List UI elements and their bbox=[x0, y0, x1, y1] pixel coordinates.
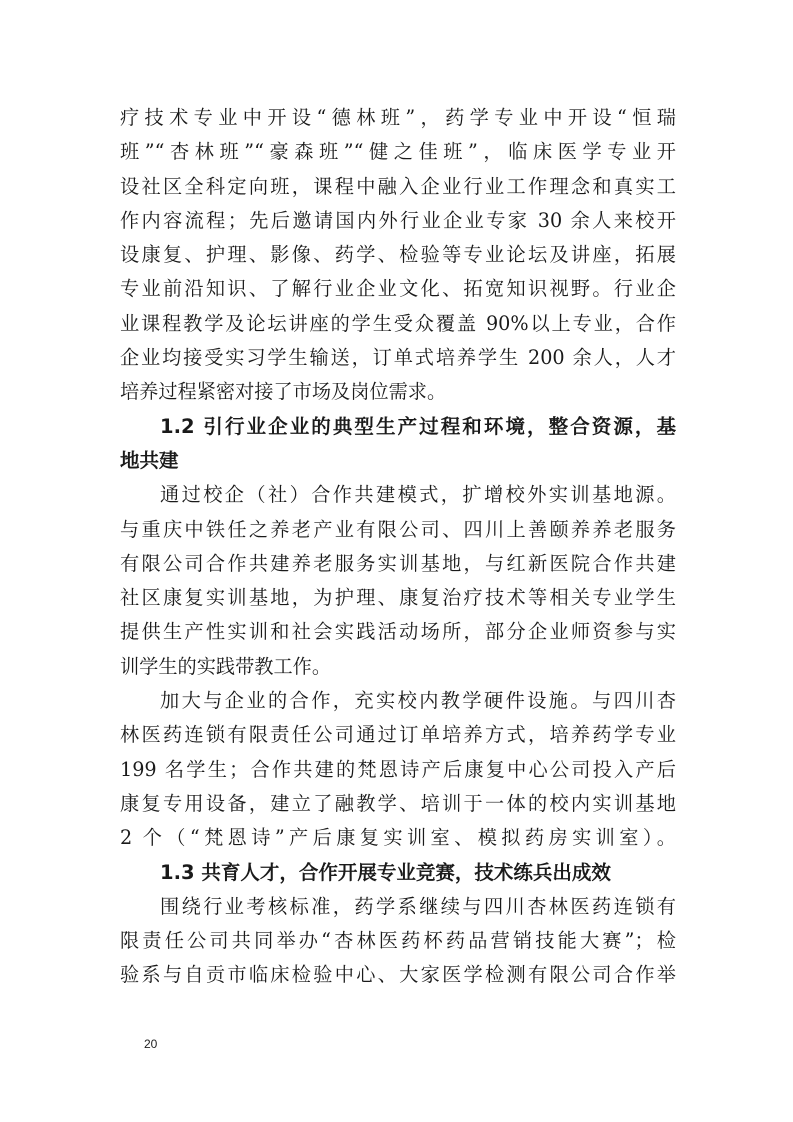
section-heading-1-2-cont: 地共建 bbox=[120, 444, 676, 478]
text-line: 199 名学生；合作共建的梵恩诗产后康复中心公司投入产后 bbox=[120, 753, 676, 787]
section-heading-1-2: 1.2 引行业企业的典型生产过程和环境，整合资源，基 bbox=[120, 410, 676, 444]
text-line: 设社区全科定向班，课程中融入企业行业工作理念和真实工 bbox=[120, 170, 676, 204]
text-line: 社区康复实训基地，为护理、康复治疗技术等相关专业学生 bbox=[120, 581, 676, 615]
text-line: 提供生产性实训和社会实践活动场所，部分企业师资参与实 bbox=[120, 615, 676, 649]
text-line: 疗技术专业中开设“德林班”，药学专业中开设“恒瑞 bbox=[120, 101, 676, 135]
document-page: 疗技术专业中开设“德林班”，药学专业中开设“恒瑞 班”“杏林班”“豪森班”“健之… bbox=[0, 0, 793, 1122]
text-line: 作内容流程；先后邀请国内外行业企业专家 30 余人来校开 bbox=[120, 204, 676, 238]
text-line: 验系与自贡市临床检验中心、大家医学检测有限公司合作举 bbox=[120, 958, 676, 992]
text-line: 2 个（“梵恩诗”产后康复实训室、模拟药房实训室）。 bbox=[120, 821, 676, 855]
text-line: 业课程教学及论坛讲座的学生受众覆盖 90%以上专业，合作 bbox=[120, 307, 676, 341]
page-number: 20 bbox=[144, 1037, 157, 1051]
text-line: 与重庆中铁任之养老产业有限公司、四川上善颐养养老服务 bbox=[120, 513, 676, 547]
text-line: 加大与企业的合作，充实校内教学硬件设施。与四川杏 bbox=[120, 684, 676, 718]
text-line: 康复专用设备，建立了融教学、培训于一体的校内实训基地 bbox=[120, 787, 676, 821]
text-line: 培养过程紧密对接了市场及岗位需求。 bbox=[120, 375, 676, 409]
text-line: 设康复、护理、影像、药学、检验等专业论坛及讲座，拓展 bbox=[120, 238, 676, 272]
text-line: 林医药连锁有限责任公司通过订单培养方式，培养药学专业 bbox=[120, 718, 676, 752]
text-line: 通过校企（社）合作共建模式，扩增校外实训基地源。 bbox=[120, 478, 676, 512]
section-heading-1-3: 1.3 共育人才，合作开展专业竞赛，技术练兵出成效 bbox=[120, 856, 676, 890]
text-line: 班”“杏林班”“豪森班”“健之佳班”，临床医学专业开 bbox=[120, 135, 676, 169]
document-body: 疗技术专业中开设“德林班”，药学专业中开设“恒瑞 班”“杏林班”“豪森班”“健之… bbox=[120, 101, 676, 993]
text-line: 有限公司合作共建养老服务实训基地，与红新医院合作共建 bbox=[120, 547, 676, 581]
text-line: 企业均接受实习学生输送，订单式培养学生 200 余人，人才 bbox=[120, 341, 676, 375]
text-line: 限责任公司共同举办“杏林医药杯药品营销技能大赛”；检 bbox=[120, 924, 676, 958]
text-line: 训学生的实践带教工作。 bbox=[120, 650, 676, 684]
text-line: 围绕行业考核标准，药学系继续与四川杏林医药连锁有 bbox=[120, 890, 676, 924]
text-line: 专业前沿知识、了解行业企业文化、拓宽知识视野。行业企 bbox=[120, 272, 676, 306]
